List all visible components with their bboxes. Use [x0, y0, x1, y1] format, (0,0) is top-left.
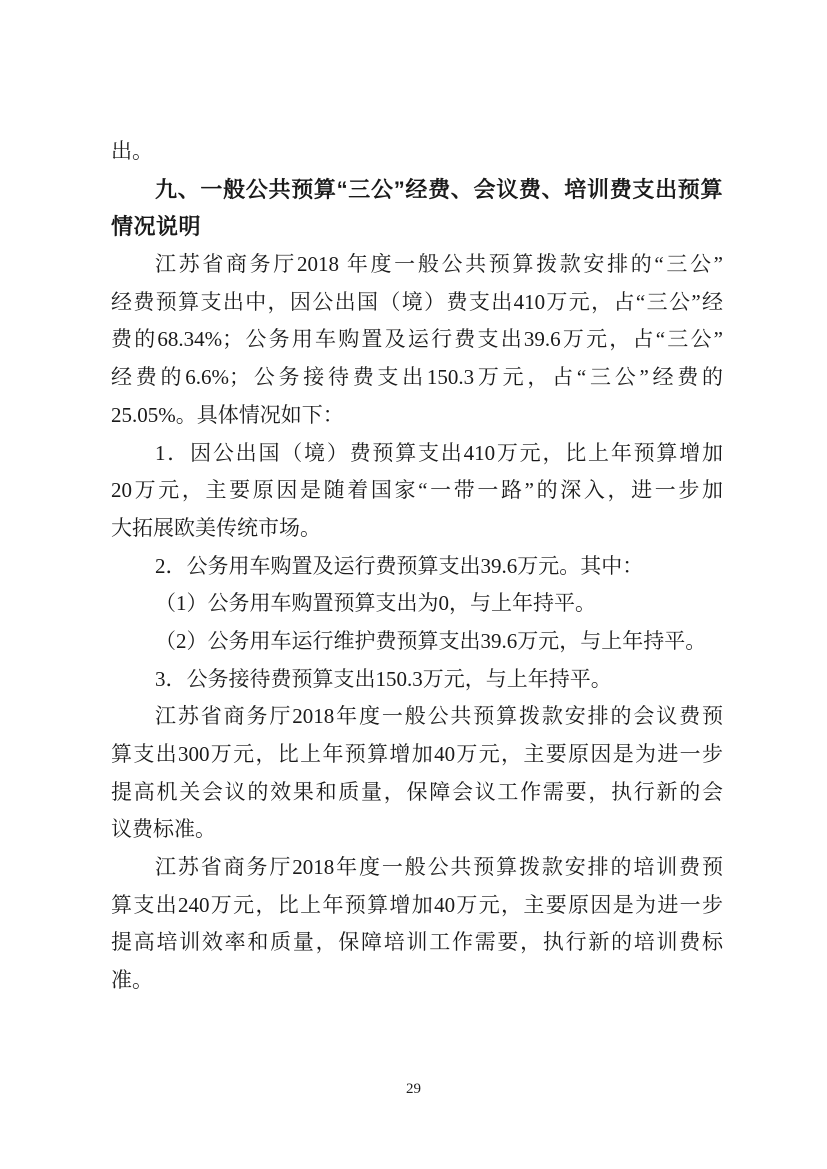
- text-line: 提高机关会议的效果和质量，保障会议工作需要，执行新的会: [111, 774, 723, 812]
- text-line: 出。: [111, 133, 723, 171]
- text-line: 江苏省商务厅2018年度一般公共预算拨款安排的培训费预: [111, 849, 723, 887]
- text-line: （1）公务用车购置预算支出为0，与上年持平。: [111, 585, 723, 623]
- text-line: 2．公务用车购置及运行费预算支出39.6万元。其中：: [111, 548, 723, 586]
- page-number: 29: [0, 1078, 827, 1100]
- text-line: 江苏省商务厅2018年度一般公共预算拨款安排的会议费预: [111, 698, 723, 736]
- text-line: 25.05%。具体情况如下：: [111, 397, 723, 435]
- section-heading-line: 情况说明: [111, 208, 723, 246]
- section-heading-line: 九、一般公共预算“三公”经费、会议费、培训费支出预算: [111, 171, 723, 209]
- text-line: 大拓展欧美传统市场。: [111, 510, 723, 548]
- text-line: 提高培训效率和质量，保障培训工作需要，执行新的培训费标: [111, 924, 723, 962]
- text-line: 议费标准。: [111, 811, 723, 849]
- text-line: 1．因公出国（境）费预算支出410万元，比上年预算增加: [111, 435, 723, 473]
- text-line: 算支出300万元，比上年预算增加40万元，主要原因是为进一步: [111, 736, 723, 774]
- text-line: 20万元，主要原因是随着国家“一带一路”的深入，进一步加: [111, 472, 723, 510]
- document-page: 出。九、一般公共预算“三公”经费、会议费、培训费支出预算情况说明江苏省商务厅20…: [0, 0, 827, 1169]
- text-line: 经费的6.6%；公务接待费支出150.3万元，占“三公”经费的: [111, 359, 723, 397]
- text-line: 准。: [111, 962, 723, 1000]
- text-line: 算支出240万元，比上年预算增加40万元，主要原因是为进一步: [111, 887, 723, 925]
- text-line: 经费预算支出中，因公出国（境）费支出410万元，占“三公”经: [111, 284, 723, 322]
- text-line: 江苏省商务厅2018 年度一般公共预算拨款安排的“三公”: [111, 246, 723, 284]
- document-content: 出。九、一般公共预算“三公”经费、会议费、培训费支出预算情况说明江苏省商务厅20…: [111, 133, 723, 1000]
- text-line: 费的68.34%；公务用车购置及运行费支出39.6万元，占“三公”: [111, 321, 723, 359]
- text-line: 3．公务接待费预算支出150.3万元，与上年持平。: [111, 661, 723, 699]
- text-line: （2）公务用车运行维护费预算支出39.6万元，与上年持平。: [111, 623, 723, 661]
